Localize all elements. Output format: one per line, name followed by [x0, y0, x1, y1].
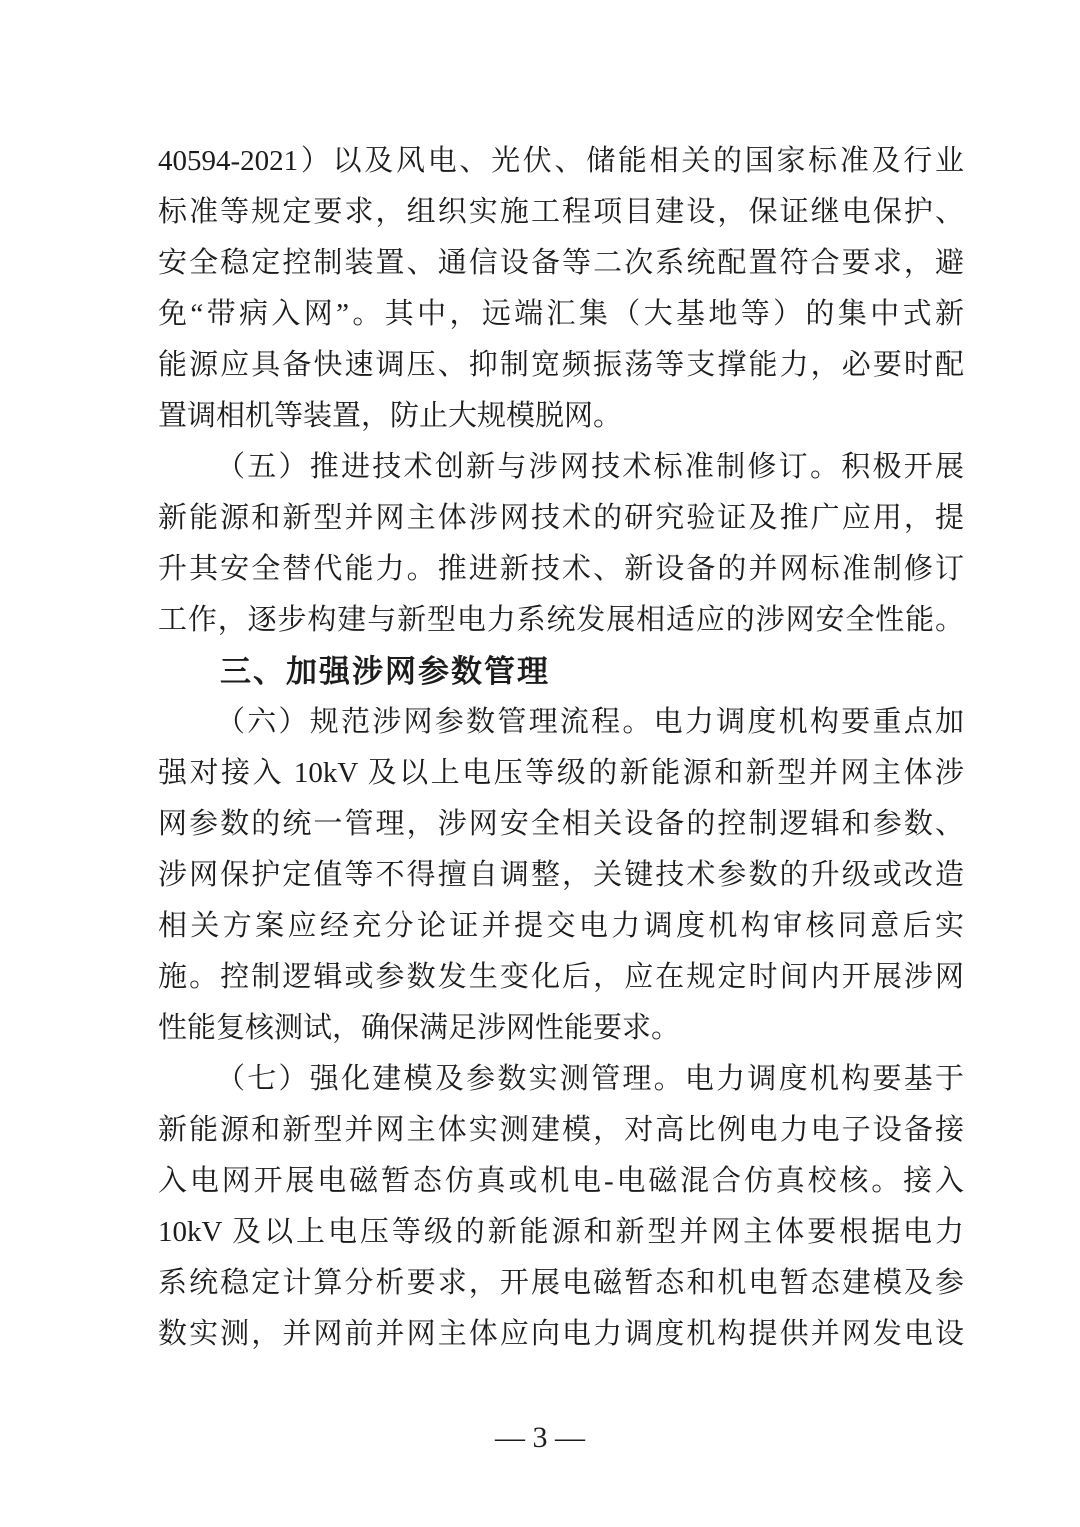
text-line: （七）强化建模及参数实测管理。电力调度机构要基于 [158, 1054, 964, 1105]
section-heading: 三、加强涉网参数管理 [158, 646, 964, 697]
page-number: — 3 — [0, 1412, 1080, 1463]
text-line: 能源应具备快速调压、抑制宽频振荡等支撑能力，必要时配 [158, 340, 964, 391]
text-line: 相关方案应经充分论证并提交电力调度机构审核同意后实 [158, 901, 964, 952]
text-line: 入电网开展电磁暂态仿真或机电-电磁混合仿真校核。接入 [158, 1156, 964, 1207]
text-line: 新能源和新型并网主体涉网技术的研究验证及推广应用，提 [158, 493, 964, 544]
text-line: 网参数的统一管理，涉网安全相关设备的控制逻辑和参数、 [158, 799, 964, 850]
text-line: 系统稳定计算分析要求，开展电磁暂态和机电暂态建模及参 [158, 1258, 964, 1309]
text-line: 强对接入 10kV 及以上电压等级的新能源和新型并网主体涉 [158, 748, 964, 799]
text-line: （六）规范涉网参数管理流程。电力调度机构要重点加 [158, 697, 964, 748]
text-line: 免“带病入网”。其中，远端汇集（大基地等）的集中式新 [158, 289, 964, 340]
text-line: 新能源和新型并网主体实测建模，对高比例电力电子设备接 [158, 1105, 964, 1156]
text-line: 标准等规定要求，组织实施工程项目建设，保证继电保护、 [158, 187, 964, 238]
text-line: 数实测，并网前并网主体应向电力调度机构提供并网发电设 [158, 1309, 964, 1360]
text-line: （五）推进技术创新与涉网技术标准制修订。积极开展 [158, 442, 964, 493]
text-line: 性能复核测试，确保满足涉网性能要求。 [158, 1003, 964, 1054]
text-line: 置调相机等装置，防止大规模脱网。 [158, 391, 964, 442]
text-line: 升其安全替代能力。推进新技术、新设备的并网标准制修订 [158, 544, 964, 595]
document-page: 40594-2021）以及风电、光伏、储能相关的国家标准及行业 标准等规定要求，… [0, 0, 1080, 1527]
text-line: 涉网保护定值等不得擅自调整，关键技术参数的升级或改造 [158, 850, 964, 901]
text-line: 工作，逐步构建与新型电力系统发展相适应的涉网安全性能。 [158, 595, 964, 646]
document-body: 40594-2021）以及风电、光伏、储能相关的国家标准及行业 标准等规定要求，… [158, 136, 964, 1360]
text-line: 40594-2021）以及风电、光伏、储能相关的国家标准及行业 [158, 136, 964, 187]
text-line: 施。控制逻辑或参数发生变化后，应在规定时间内开展涉网 [158, 952, 964, 1003]
text-line: 安全稳定控制装置、通信设备等二次系统配置符合要求，避 [158, 238, 964, 289]
text-line: 10kV 及以上电压等级的新能源和新型并网主体要根据电力 [158, 1207, 964, 1258]
